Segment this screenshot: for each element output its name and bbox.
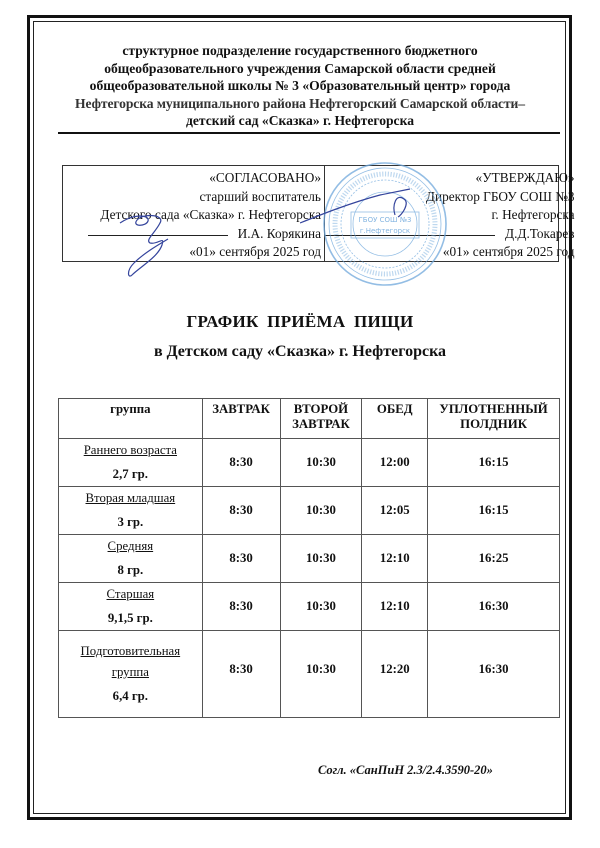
second-breakfast-time: 10:30 [280, 487, 362, 535]
table-row: Подготовительнаягруппа6,4 гр.8:3010:3012… [59, 631, 560, 718]
agreed-name: И.А. Корякина [238, 226, 321, 241]
approved-city: г. Нефтегорска [325, 206, 575, 225]
second-breakfast-time: 10:30 [280, 631, 362, 718]
second-breakfast-time: 10:30 [280, 535, 362, 583]
group-name: Вторая младшая [59, 488, 202, 509]
agreed-date: «01» сентября 2025 год [63, 243, 321, 262]
group-numbers: 2,7 гр. [59, 464, 202, 485]
org-line: структурное подразделение государственно… [40, 42, 560, 60]
group-numbers: 6,4 гр. [59, 686, 202, 707]
table-row: Средняя8 гр.8:3010:3012:1016:25 [59, 535, 560, 583]
signature-line [88, 234, 228, 236]
approved-section: «УТВЕРЖДАЮ» Директор ГБОУ СОШ №3 г. Нефт… [325, 166, 578, 261]
approved-date: «01» сентября 2025 год [325, 243, 575, 262]
approved-name: Д.Д.Токарев [505, 226, 575, 241]
lunch-time: 12:10 [362, 535, 428, 583]
breakfast-time: 8:30 [202, 535, 280, 583]
group-cell: Старшая9,1,5 гр. [59, 583, 203, 631]
agreed-section: «СОГЛАСОВАНО» старший воспитатель Детско… [63, 166, 325, 261]
approved-position: Директор ГБОУ СОШ №3 [325, 188, 575, 207]
lunch-time: 12:10 [362, 583, 428, 631]
lunch-time: 12:00 [362, 439, 428, 487]
header-group: группа [59, 399, 203, 439]
group-numbers: 8 гр. [59, 560, 202, 581]
group-name: Старшая [59, 584, 202, 605]
breakfast-time: 8:30 [202, 439, 280, 487]
table-header-row: группа ЗАВТРАК ВТОРОЙ ЗАВТРАК ОБЕД УПЛОТ… [59, 399, 560, 439]
snack-time: 16:15 [428, 439, 560, 487]
meal-schedule-table: группа ЗАВТРАК ВТОРОЙ ЗАВТРАК ОБЕД УПЛОТ… [58, 398, 560, 718]
group-name: Подготовительная [59, 641, 202, 662]
org-line: общеобразовательной школы № 3 «Образоват… [40, 77, 560, 95]
agreed-organization: Детского сада «Сказка» г. Нефтегорска [63, 206, 321, 225]
breakfast-time: 8:30 [202, 487, 280, 535]
organization-header: структурное подразделение государственно… [40, 42, 560, 130]
group-name: Средняя [59, 536, 202, 557]
table-row: Старшая9,1,5 гр.8:3010:3012:1016:30 [59, 583, 560, 631]
lunch-time: 12:20 [362, 631, 428, 718]
page-title: ГРАФИК ПРИЁМА ПИЩИ [40, 312, 560, 332]
sanpin-reference: Согл. «СанПиН 2.3/2.4.3590-20» [318, 763, 493, 778]
org-line: детский сад «Сказка» г. Нефтегорска [40, 112, 560, 130]
header-second-breakfast: ВТОРОЙ ЗАВТРАК [280, 399, 362, 439]
header-divider [58, 132, 560, 134]
group-numbers: 9,1,5 гр. [59, 608, 202, 629]
second-breakfast-time: 10:30 [280, 583, 362, 631]
snack-time: 16:30 [428, 583, 560, 631]
group-cell: Средняя8 гр. [59, 535, 203, 583]
snack-time: 16:15 [428, 487, 560, 535]
agreed-heading: «СОГЛАСОВАНО» [63, 169, 321, 188]
agreed-position: старший воспитатель [63, 188, 321, 207]
org-line: Нефтегорска муниципального района Нефтег… [40, 95, 560, 113]
group-cell: Вторая младшая3 гр. [59, 487, 203, 535]
header-lunch: ОБЕД [362, 399, 428, 439]
lunch-time: 12:05 [362, 487, 428, 535]
group-cell: Раннего возраста2,7 гр. [59, 439, 203, 487]
group-numbers: 3 гр. [59, 512, 202, 533]
approval-block: «СОГЛАСОВАНО» старший воспитатель Детско… [62, 165, 559, 262]
snack-time: 16:25 [428, 535, 560, 583]
signature-line [325, 234, 495, 236]
snack-time: 16:30 [428, 631, 560, 718]
org-line: общеобразовательного учреждения Самарско… [40, 60, 560, 78]
group-cell: Подготовительнаягруппа6,4 гр. [59, 631, 203, 718]
header-breakfast: ЗАВТРАК [202, 399, 280, 439]
group-name-extra: группа [59, 662, 202, 683]
breakfast-time: 8:30 [202, 583, 280, 631]
table-row: Раннего возраста2,7 гр.8:3010:3012:0016:… [59, 439, 560, 487]
second-breakfast-time: 10:30 [280, 439, 362, 487]
approved-heading: «УТВЕРЖДАЮ» [325, 169, 575, 188]
table-row: Вторая младшая3 гр.8:3010:3012:0516:15 [59, 487, 560, 535]
page-subtitle: в Детском саду «Сказка» г. Нефтегорска [40, 343, 560, 361]
group-name: Раннего возраста [59, 440, 202, 461]
header-snack: УПЛОТНЕННЫЙ ПОЛДНИК [428, 399, 560, 439]
breakfast-time: 8:30 [202, 631, 280, 718]
